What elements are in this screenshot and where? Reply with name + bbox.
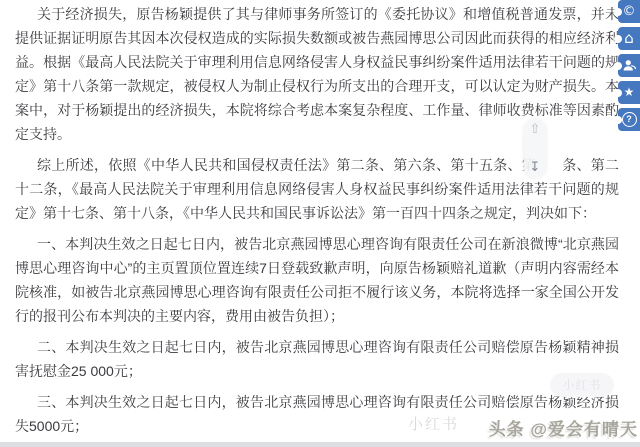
xiaohongshu-badge-watermark: 小红书 — [550, 373, 614, 397]
bottom-edge-strip — [0, 442, 640, 447]
scroll-up-icon[interactable]: ⇧ — [530, 123, 541, 137]
help-button[interactable]: ? — [618, 108, 640, 131]
circled-c-icon: © — [623, 5, 636, 18]
star-icon: ★ — [624, 86, 635, 99]
scroll-widget[interactable]: ⇧ ↧ — [524, 120, 546, 178]
home-button[interactable]: ⌂ — [618, 27, 640, 50]
side-toolbar: © ⌂ ★ ? — [618, 0, 640, 131]
home-icon: ⌂ — [624, 32, 634, 45]
scroll-down-icon[interactable]: ↧ — [530, 161, 541, 175]
paragraph-judgment-item-2: 二、本判决生效之日起七日内，被告北京燕园博思心理咨询有限责任公司赔偿原告杨颖精神… — [15, 335, 619, 383]
contact-button[interactable] — [618, 54, 640, 77]
person-chat-icon — [622, 58, 637, 73]
question-mark-icon: ? — [622, 112, 637, 127]
paragraph-legal-basis-pre: 综上所述，依照《中华人民共和国侵权责任法》第二条、第六条、第十五条、第 — [37, 157, 536, 173]
favorite-button[interactable]: ★ — [618, 81, 640, 104]
xiaohongshu-faint-watermark: 小红书 — [408, 413, 459, 434]
customer-service-button[interactable]: © — [618, 0, 640, 23]
toutiao-author-watermark: 头条 @爱会有晴天 — [489, 415, 638, 440]
paragraph-judgment-item-1: 一、本判决生效之日起七日内，被告北京燕园博思心理咨询有限责任公司在新浪微博“北京… — [15, 232, 619, 328]
judgment-document: 关于经济损失，原告杨颖提供了其与律师事务所签订的《委托协议》和增值税普通发票，并… — [15, 2, 619, 445]
